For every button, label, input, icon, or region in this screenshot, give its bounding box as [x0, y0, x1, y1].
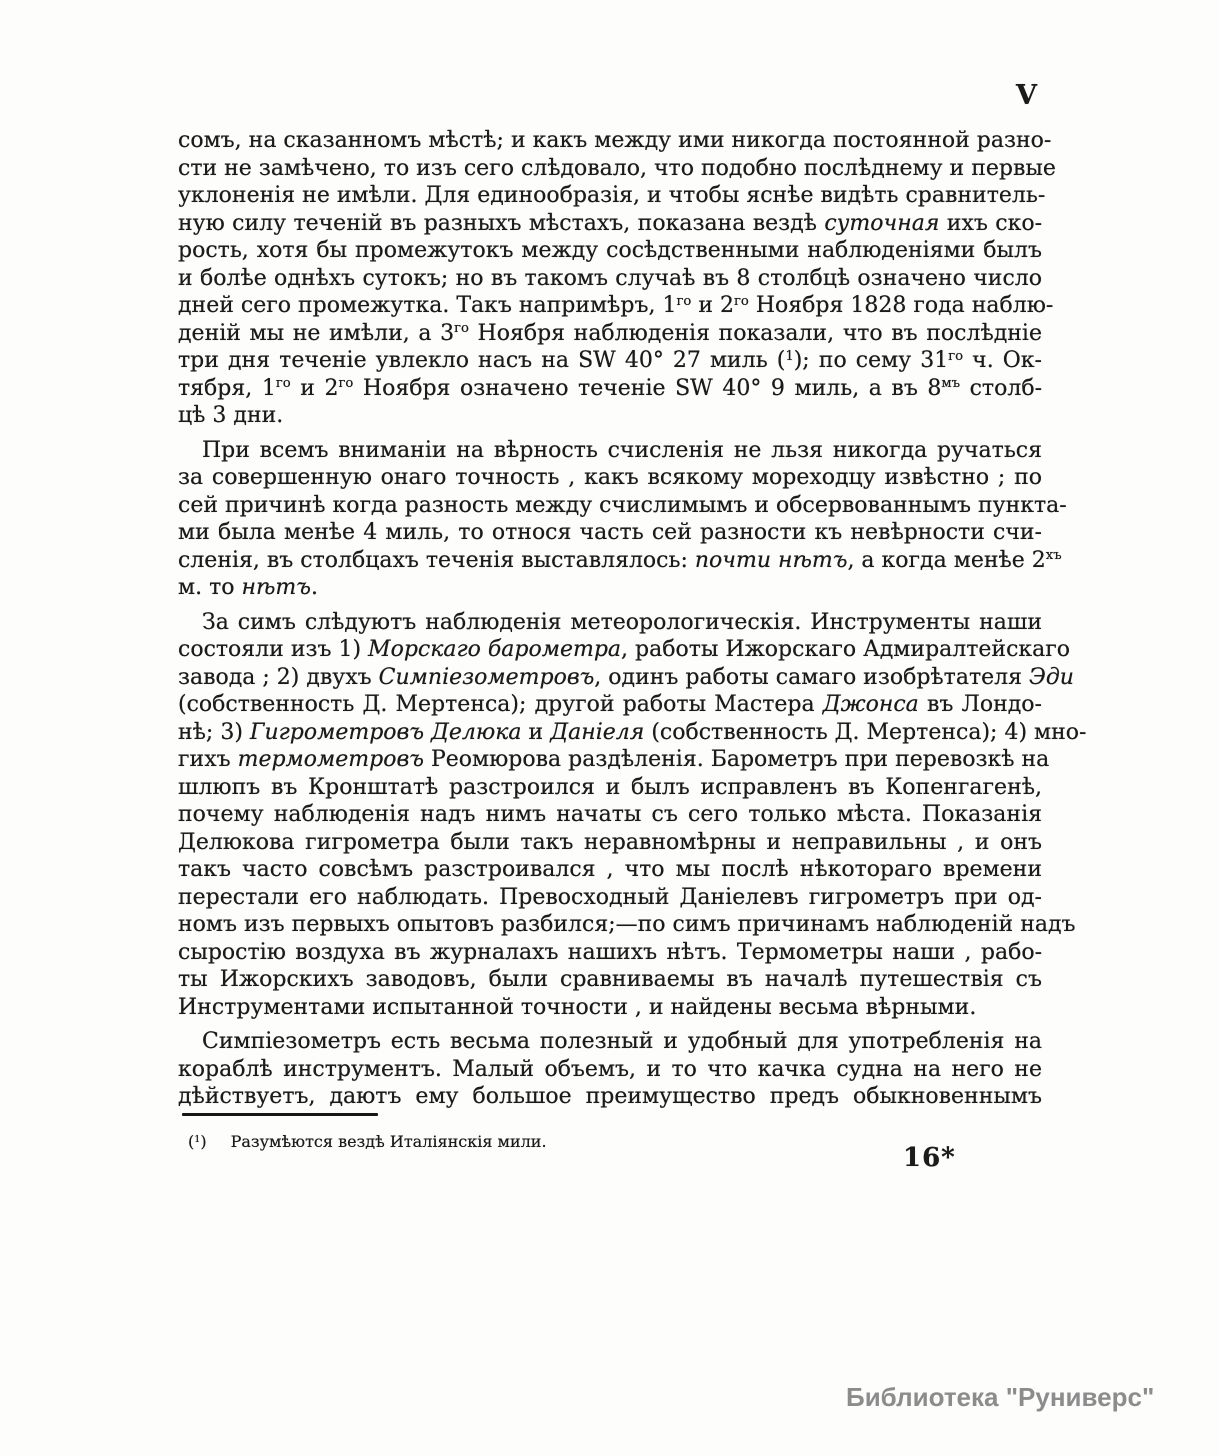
text-run: Ноября означено теченіе SW 40° 9 миль, а…: [353, 376, 941, 401]
text-line: нѣ; 3) Гигрометровъ Делюка и Даніеля (со…: [178, 719, 1042, 747]
text-run: сомъ, на сказанномъ мѣстѣ; и какъ между …: [178, 128, 1051, 153]
text-line: завода ; 2) двухъ Симпіезометровъ, одинъ…: [178, 664, 1042, 692]
text-run: термометровъ: [238, 747, 424, 772]
text-line: ты Ижорскихъ заводовъ, были сравниваемы …: [178, 966, 1042, 994]
text-run: нѣтъ: [242, 575, 311, 600]
text-run: ихъ ско-: [939, 211, 1042, 236]
text-run: , одинъ работы самаго изобрѣтателя: [594, 665, 1029, 690]
text-run: тября, 1: [178, 376, 276, 401]
text-run: Морскаго барометра: [368, 637, 621, 662]
text-run: ч. Ок-: [963, 348, 1042, 373]
footnote-text: (1) Разумѣются вездѣ Италіянскія мили.: [188, 1132, 547, 1155]
text-run: го: [734, 294, 749, 309]
text-line: (собственность Д. Мертенса); другой рабо…: [178, 691, 1042, 719]
text-run: почти нѣтъ: [695, 548, 848, 573]
text-run: почему наблюденія надъ нимъ начаты съ се…: [178, 802, 1042, 827]
text-run: ми была менѣе 4 миль, то относя часть се…: [178, 520, 1042, 545]
text-line: сленія, въ столбцахъ теченія выставлялос…: [178, 547, 1042, 575]
text-run: цѣ 3 дни.: [178, 403, 283, 428]
text-run: Даніеля: [550, 720, 644, 745]
text-line: м. то нѣтъ.: [178, 574, 1042, 602]
text-line: три дня теченіе увлекло насъ на SW 40° 2…: [178, 347, 1042, 375]
text-run: уклоненія не имѣли. Для единообразія, и …: [178, 183, 1045, 208]
text-run: (собственность Д. Мертенса); другой рабо…: [178, 692, 823, 717]
text-run: рость, хотя бы промежутокъ между сосѣдст…: [178, 238, 1042, 263]
text-run: нѣ; 3): [178, 720, 250, 745]
text-run: Реомюрова раздѣленія. Барометръ при пере…: [424, 747, 1049, 772]
text-run: состояли изъ 1): [178, 637, 368, 662]
text-run: столб-: [960, 376, 1042, 401]
text-run: м. то: [178, 575, 242, 600]
text-run: (собственность Д. Мертенса); 4) мно-: [644, 720, 1086, 745]
text-line: перестали его наблюдать. Превосходный Да…: [178, 884, 1042, 912]
text-run: го: [276, 376, 291, 391]
text-run: сти не замѣчено, то изъ сего слѣдовало, …: [178, 156, 1056, 181]
text-line: и болѣе однѣхъ сутокъ; но въ такомъ случ…: [178, 265, 1042, 293]
text-line: Инструментами испытанной точности , и на…: [178, 994, 1042, 1022]
text-run: Ноября 1828 года наблю-: [749, 293, 1054, 318]
text-line: номъ изъ первыхъ опытовъ разбился;—по си…: [178, 911, 1042, 939]
text-line: тября, 1го и 2го Ноября означено теченіе…: [178, 375, 1042, 403]
text-run: го: [454, 321, 469, 336]
footnote-rule: [182, 1113, 378, 1116]
text-line: Симпіезометръ есть весьма полезный и удо…: [178, 1028, 1042, 1056]
text-run: завода ; 2) двухъ: [178, 665, 379, 690]
library-watermark: Библиотека "Руниверс": [846, 1382, 1154, 1413]
text-run: го: [676, 294, 691, 309]
text-run: Симпіезометръ есть весьма полезный и удо…: [202, 1029, 1042, 1054]
text-run: суточная: [824, 211, 939, 236]
text-line: сей причинѣ когда разность между счислим…: [178, 492, 1042, 520]
text-run: номъ изъ первыхъ опытовъ разбился;—по си…: [178, 912, 1076, 937]
text-line: за совершенную онаго точность , какъ вся…: [178, 464, 1042, 492]
text-line: При всемъ вниманіи на вѣрность счисленія…: [178, 437, 1042, 465]
text-run: го: [338, 376, 353, 391]
text-run: , а когда менѣе 2: [847, 548, 1045, 573]
text-line: сыростію воздуха въ журналахъ нашихъ нѣт…: [178, 939, 1042, 967]
sheet-signature: 16*: [903, 1143, 956, 1173]
text-line: шлюпъ въ Кронштатѣ разстроился и былъ ис…: [178, 774, 1042, 802]
text-run: такъ часто совсѣмъ разстроивался , что м…: [178, 857, 1042, 882]
text-line: дѣйствуетъ, даютъ ему большое преимущест…: [178, 1083, 1042, 1111]
text-run: мъ: [941, 376, 960, 391]
text-line: Делюкова гигрометра были такъ неравномѣр…: [178, 829, 1042, 857]
text-run: за совершенную онаго точность , какъ вся…: [178, 465, 1042, 490]
paragraph: сомъ, на сказанномъ мѣстѣ; и какъ между …: [178, 127, 1042, 430]
text-run: За симъ слѣдуютъ наблюденія метеорологич…: [202, 610, 1042, 635]
text-run: Ноября наблюденія показали, что въ послѣ…: [469, 321, 1042, 346]
text-line: гихъ термометровъ Реомюрова раздѣленія. …: [178, 746, 1042, 774]
text-run: кораблѣ инструментъ. Малый объемъ, и то …: [178, 1057, 1042, 1082]
text-run: Разумѣются вездѣ Италіянскія мили.: [231, 1132, 547, 1151]
text-run: сленія, въ столбцахъ теченія выставлялос…: [178, 548, 695, 573]
text-line: ми была менѣе 4 миль, то относя часть се…: [178, 519, 1042, 547]
scanned-book-page: V сомъ, на сказанномъ мѣстѣ; и какъ межд…: [0, 0, 1219, 1456]
text-line: состояли изъ 1) Морскаго барометра, рабо…: [178, 636, 1042, 664]
text-line: ную силу теченій въ разныхъ мѣстахъ, пок…: [178, 210, 1042, 238]
text-run: перестали его наблюдать. Превосходный Да…: [178, 885, 1042, 910]
text-line: рость, хотя бы промежутокъ между сосѣдст…: [178, 237, 1042, 265]
text-line: такъ часто совсѣмъ разстроивался , что м…: [178, 856, 1042, 884]
text-run: 1: [194, 1134, 200, 1145]
text-run: Делюкова гигрометра были такъ неравномѣр…: [178, 830, 1042, 855]
text-run: 1: [785, 349, 793, 364]
text-run: и болѣе однѣхъ сутокъ; но въ такомъ случ…: [178, 266, 1042, 291]
text-run: ); по сему 31: [794, 348, 949, 373]
text-run: и: [522, 720, 551, 745]
text-run: го: [948, 349, 963, 364]
text-run: , работы Ижорскаго Адмиралтейскаго: [621, 637, 1070, 662]
paragraph: Симпіезометръ есть весьма полезный и удо…: [178, 1028, 1042, 1111]
text-run: и 2: [291, 376, 339, 401]
text-run: Эди: [1029, 665, 1074, 690]
text-run: сей причинѣ когда разность между счислим…: [178, 493, 1067, 518]
text-run: и 2: [691, 293, 734, 318]
text-run: три дня теченіе увлекло насъ на SW 40° 2…: [178, 348, 785, 373]
text-line: кораблѣ инструментъ. Малый объемъ, и то …: [178, 1056, 1042, 1084]
text-line: уклоненія не имѣли. Для единообразія, и …: [178, 182, 1042, 210]
text-line: цѣ 3 дни.: [178, 402, 1042, 430]
text-run: ты Ижорскихъ заводовъ, были сравниваемы …: [178, 967, 1042, 992]
text-run: гихъ: [178, 747, 238, 772]
text-line: сти не замѣчено, то изъ сего слѣдовало, …: [178, 155, 1042, 183]
text-run: дней сего промежутка. Такъ напримѣръ, 1: [178, 293, 676, 318]
paragraph: При всемъ вниманіи на вѣрность счисленія…: [178, 437, 1042, 602]
text-run: ную силу теченій въ разныхъ мѣстахъ, пок…: [178, 211, 824, 236]
text-run: въ Лондо-: [919, 692, 1042, 717]
text-run: шлюпъ въ Кронштатѣ разстроился и былъ ис…: [178, 775, 1042, 800]
text-run: .: [311, 575, 318, 600]
text-block: сомъ, на сказанномъ мѣстѣ; и какъ между …: [178, 127, 1042, 1111]
text-run: Джонса: [823, 692, 919, 717]
text-line: деній мы не имѣли, а 3го Ноября наблюден…: [178, 320, 1042, 348]
text-run: сыростію воздуха въ журналахъ нашихъ нѣт…: [178, 940, 1042, 965]
text-line: За симъ слѣдуютъ наблюденія метеорологич…: [178, 609, 1042, 637]
text-run: дѣйствуетъ, даютъ ему большое преимущест…: [178, 1084, 1042, 1109]
paragraph: За симъ слѣдуютъ наблюденія метеорологич…: [178, 609, 1042, 1022]
text-line: сомъ, на сказанномъ мѣстѣ; и какъ между …: [178, 127, 1042, 155]
text-run: Гигрометровъ Делюка: [250, 720, 522, 745]
text-run: хъ: [1046, 548, 1062, 563]
text-line: дней сего промежутка. Такъ напримѣръ, 1г…: [178, 292, 1042, 320]
text-run: Инструментами испытанной точности , и на…: [178, 995, 976, 1020]
text-run: При всемъ вниманіи на вѣрность счисленія…: [202, 438, 1042, 463]
page-number: V: [1016, 80, 1038, 111]
text-line: почему наблюденія надъ нимъ начаты съ се…: [178, 801, 1042, 829]
text-run: деній мы не имѣли, а 3: [178, 321, 454, 346]
text-run: Симпіезометровъ: [379, 665, 595, 690]
text-run: ): [200, 1132, 230, 1151]
